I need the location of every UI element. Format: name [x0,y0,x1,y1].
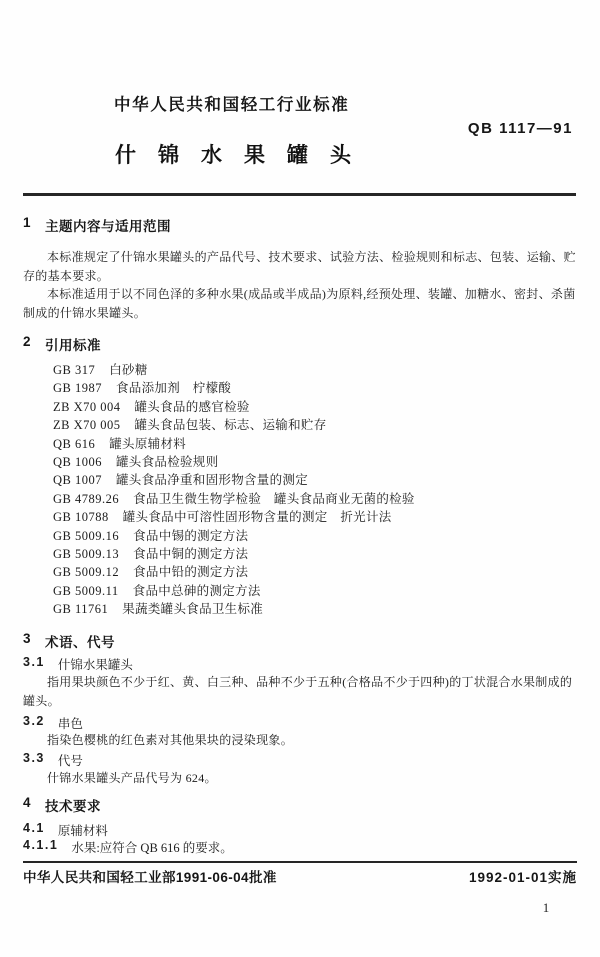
reference-code: GB 11761 [53,602,108,617]
standard-code: QB 1117—91 [468,120,573,137]
clause-4-1-1-number: 4.1.1 [23,838,58,856]
clause-3-1-term: 什锦水果罐头 [58,655,133,673]
reference-title: 罐头食品中可溶性固形物含量的测定 折光计法 [123,507,392,525]
clause-4-1-1: 4.1.1 水果:应符合 QB 616 的要求。 [23,838,233,856]
section-3-heading: 3 术语、代号 [23,631,115,651]
clause-3-2-definition: 指染色樱桃的红色素对其他果块的浸染现象。 [23,731,579,750]
reference-row: GB 11761 果蔬类罐头食品卫生标准 [53,599,579,617]
clause-3-2-number: 3.2 [23,714,45,732]
header-rule [23,193,576,196]
reference-title: 罐头食品包装、标志、运输和贮存 [135,415,327,433]
approval-statement: 中华人民共和国轻工业部1991-06-04批准 [23,866,277,886]
section-3-heading-text: 术语、代号 [45,631,115,651]
section-2-number: 2 [23,334,45,354]
clause-3-2-term: 串色 [58,714,83,732]
clause-3-2-definition-text: 指染色樱桃的红色素对其他果块的浸染现象。 [23,731,579,750]
reference-code: ZB X70 005 [53,418,121,433]
clause-3-1-number: 3.1 [23,655,45,673]
clause-3-3-number: 3.3 [23,751,45,769]
clause-4-1: 4.1 原辅材料 [23,821,108,839]
reference-row: QB 616 罐头原辅材料 [53,434,579,452]
standard-class-label: 中华人民共和国轻工行业标准 [114,91,349,115]
reference-title: 罐头食品检验规则 [116,452,218,470]
scope-paragraphs: 本标准规定了什锦水果罐头的产品代号、技术要求、试验方法、检验规则和标志、包装、运… [23,248,579,322]
reference-row: GB 317 白砂糖 [53,360,579,378]
reference-title: 食品添加剂 柠檬酸 [116,378,231,396]
clause-4-1-number: 4.1 [23,821,45,839]
implementation-date: 1992-01-01实施 [469,866,577,886]
reference-code: QB 616 [53,437,95,452]
reference-title: 果蔬类罐头食品卫生标准 [122,599,263,617]
clause-3-3-term: 代号 [58,751,83,769]
section-1-heading-text: 主题内容与适用范围 [45,215,171,235]
reference-row: ZB X70 005 罐头食品包装、标志、运输和贮存 [53,415,579,433]
reference-title: 罐头原辅材料 [109,434,186,452]
reference-title: 罐头食品净重和固形物含量的测定 [116,470,308,488]
reference-code: GB 10788 [53,510,109,525]
clause-4-1-1-text: 水果:应符合 QB 616 的要求。 [71,838,232,856]
reference-row: GB 5009.12 食品中铅的测定方法 [53,562,579,580]
reference-title: 食品中铜的测定方法 [133,544,248,562]
reference-title: 罐头食品的感官检验 [135,397,250,415]
reference-code: GB 5009.16 [53,529,119,544]
section-4-heading-text: 技术要求 [45,795,101,815]
clause-3-1-definition: 指用果块颜色不少于红、黄、白三种、品种不少于五种(合格品不少于四种)的丁状混合水… [23,673,579,710]
footer-rule [23,861,577,863]
reference-row: GB 4789.26 食品卫生微生物学检验 罐头食品商业无菌的检验 [53,489,579,507]
section-4-number: 4 [23,795,45,815]
reference-title: 食品中铅的测定方法 [133,562,248,580]
reference-title: 食品卫生微生物学检验 罐头食品商业无菌的检验 [133,489,415,507]
reference-code: GB 5009.11 [53,584,119,599]
reference-row: QB 1007 罐头食品净重和固形物含量的测定 [53,470,579,488]
reference-row: GB 5009.11 食品中总砷的测定方法 [53,581,579,599]
reference-title: 食品中总砷的测定方法 [133,581,261,599]
section-1-heading: 1 主题内容与适用范围 [23,215,171,235]
section-3-number: 3 [23,631,45,651]
clause-3-1-label: 3.1 什锦水果罐头 [23,655,133,673]
document-page: 中华人民共和国轻工行业标准 QB 1117—91 什锦水果罐头 1 主题内容与适… [0,0,600,957]
reference-code: QB 1006 [53,455,102,470]
section-2-heading: 2 引用标准 [23,334,101,354]
reference-row: ZB X70 004 罐头食品的感官检验 [53,397,579,415]
document-title: 什锦水果罐头 [115,139,373,169]
reference-code: QB 1007 [53,473,102,488]
footer: 中华人民共和国轻工业部1991-06-04批准 1992-01-01实施 [23,866,577,886]
scope-paragraph-1: 本标准规定了什锦水果罐头的产品代号、技术要求、试验方法、检验规则和标志、包装、运… [23,248,579,285]
reference-title: 白砂糖 [109,360,147,378]
clause-3-1-definition-text: 指用果块颜色不少于红、黄、白三种、品种不少于五种(合格品不少于四种)的丁状混合水… [23,673,579,710]
section-2-heading-text: 引用标准 [45,334,101,354]
clause-3-3-definition: 什锦水果罐头产品代号为 624。 [23,769,579,788]
section-1-number: 1 [23,215,45,235]
reference-code: GB 5009.12 [53,565,119,580]
reference-row: GB 1987 食品添加剂 柠檬酸 [53,378,579,396]
clause-3-3-definition-text: 什锦水果罐头产品代号为 624。 [23,769,579,788]
reference-title: 食品中锡的测定方法 [133,526,248,544]
reference-row: GB 5009.13 食品中铜的测定方法 [53,544,579,562]
reference-code: GB 5009.13 [53,547,119,562]
reference-code: GB 4789.26 [53,492,119,507]
reference-code: GB 1987 [53,381,102,396]
page-number: 1 [538,900,554,916]
clause-3-3-label: 3.3 代号 [23,751,83,769]
clause-3-2-label: 3.2 串色 [23,714,83,732]
clause-4-1-text: 原辅材料 [58,821,108,839]
reference-row: QB 1006 罐头食品检验规则 [53,452,579,470]
scope-paragraph-2: 本标准适用于以不同色泽的多种水果(成品或半成品)为原料,经预处理、装罐、加糖水、… [23,285,579,322]
reference-code: GB 317 [53,363,95,378]
reference-row: GB 5009.16 食品中锡的测定方法 [53,526,579,544]
section-4-heading: 4 技术要求 [23,795,101,815]
reference-list: GB 317 白砂糖 GB 1987 食品添加剂 柠檬酸 ZB X70 004 … [53,360,579,617]
reference-row: GB 10788 罐头食品中可溶性固形物含量的测定 折光计法 [53,507,579,525]
reference-code: ZB X70 004 [53,400,121,415]
